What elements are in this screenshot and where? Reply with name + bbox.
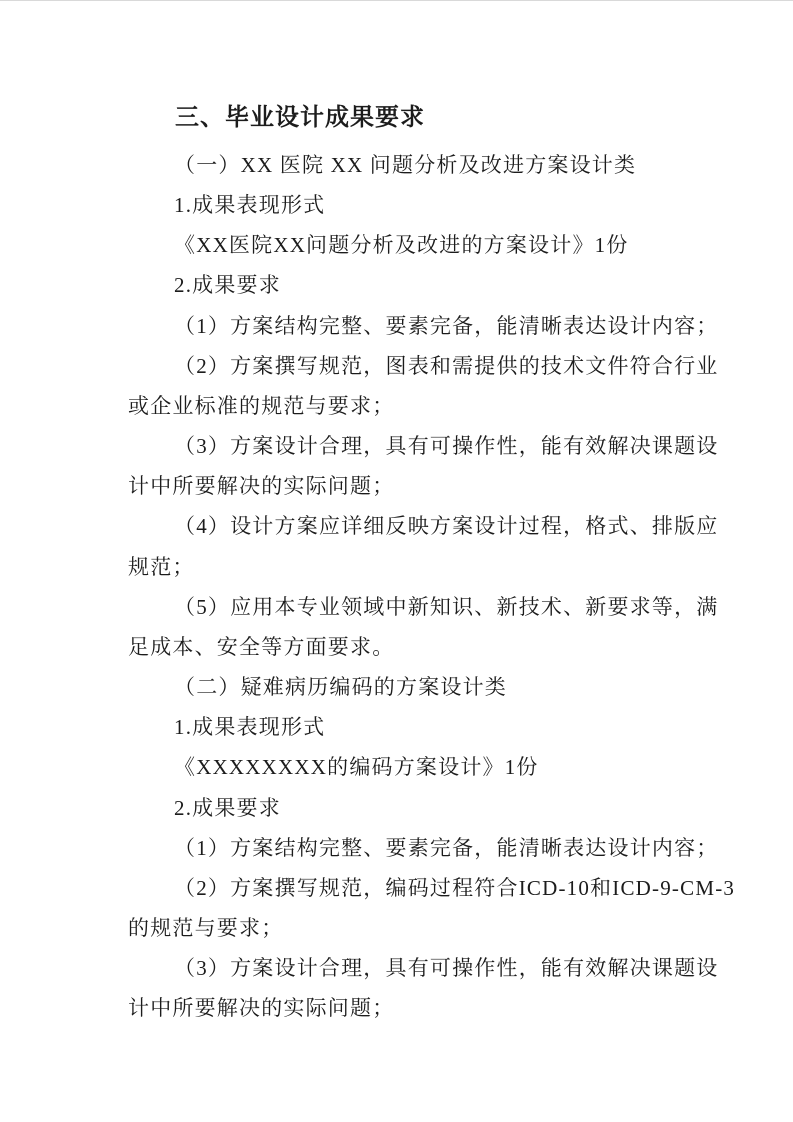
paragraph: （2）方案撰写规范，图表和需提供的技术文件符合行业 或企业标准的规范与要求； (128, 346, 708, 426)
paragraph: （一）XX 医院 XX 问题分析及改进方案设计类 (128, 145, 708, 185)
text-line: 2.成果要求 (128, 265, 708, 305)
document-content: 三、毕业设计成果要求 （一）XX 医院 XX 问题分析及改进方案设计类 1.成果… (128, 98, 708, 1028)
text-line: 的规范与要求； (128, 908, 708, 948)
text-line: （5）应用本专业领域中新知识、新技术、新要求等，满 (128, 587, 708, 627)
paragraph: （3）方案设计合理，具有可操作性，能有效解决课题设 计中所要解决的实际问题； (128, 948, 708, 1028)
paragraph: （二）疑难病历编码的方案设计类 (128, 667, 708, 707)
text-line: 足成本、安全等方面要求。 (128, 627, 708, 667)
text-line: （1）方案结构完整、要素完备，能清晰表达设计内容； (128, 828, 708, 868)
text-line: （3）方案设计合理，具有可操作性，能有效解决课题设 (128, 948, 708, 988)
paragraph: （4）设计方案应详细反映方案设计过程，格式、排版应 规范； (128, 506, 708, 586)
paragraph: （1）方案结构完整、要素完备，能清晰表达设计内容； (128, 306, 708, 346)
page-top-edge (0, 0, 793, 1)
text-line: 或企业标准的规范与要求； (128, 386, 708, 426)
paragraph: 《XXXXXXXX的编码方案设计》1份 (128, 747, 708, 787)
text-line: 规范； (128, 547, 708, 587)
text-line: （4）设计方案应详细反映方案设计过程，格式、排版应 (128, 506, 708, 546)
text-line: （一）XX 医院 XX 问题分析及改进方案设计类 (128, 145, 708, 185)
text-line: 计中所要解决的实际问题； (128, 466, 708, 506)
document-page: 三、毕业设计成果要求 （一）XX 医院 XX 问题分析及改进方案设计类 1.成果… (0, 0, 793, 1122)
paragraph: 《XX医院XX问题分析及改进的方案设计》1份 (128, 225, 708, 265)
paragraph: 1.成果表现形式 (128, 707, 708, 747)
text-line: 《XXXXXXXX的编码方案设计》1份 (128, 747, 708, 787)
text-line: 1.成果表现形式 (128, 707, 708, 747)
paragraph: （2）方案撰写规范，编码过程符合ICD-10和ICD-9-CM-3 的规范与要求… (128, 868, 708, 948)
text-line: （3）方案设计合理，具有可操作性，能有效解决课题设 (128, 426, 708, 466)
paragraph: 2.成果要求 (128, 788, 708, 828)
paragraph: （5）应用本专业领域中新知识、新技术、新要求等，满 足成本、安全等方面要求。 (128, 587, 708, 667)
text-line: 2.成果要求 (128, 788, 708, 828)
paragraph: 1.成果表现形式 (128, 185, 708, 225)
paragraph: （3）方案设计合理，具有可操作性，能有效解决课题设 计中所要解决的实际问题； (128, 426, 708, 506)
text-line: 计中所要解决的实际问题； (128, 988, 708, 1028)
text-line: 1.成果表现形式 (128, 185, 708, 225)
text-line: （1）方案结构完整、要素完备，能清晰表达设计内容； (128, 306, 708, 346)
section-heading: 三、毕业设计成果要求 (128, 98, 708, 138)
paragraph: （1）方案结构完整、要素完备，能清晰表达设计内容； (128, 828, 708, 868)
text-line: （2）方案撰写规范，编码过程符合ICD-10和ICD-9-CM-3 (128, 868, 708, 908)
text-line: （二）疑难病历编码的方案设计类 (128, 667, 708, 707)
paragraph: 2.成果要求 (128, 265, 708, 305)
text-line: （2）方案撰写规范，图表和需提供的技术文件符合行业 (128, 346, 708, 386)
text-line: 《XX医院XX问题分析及改进的方案设计》1份 (128, 225, 708, 265)
